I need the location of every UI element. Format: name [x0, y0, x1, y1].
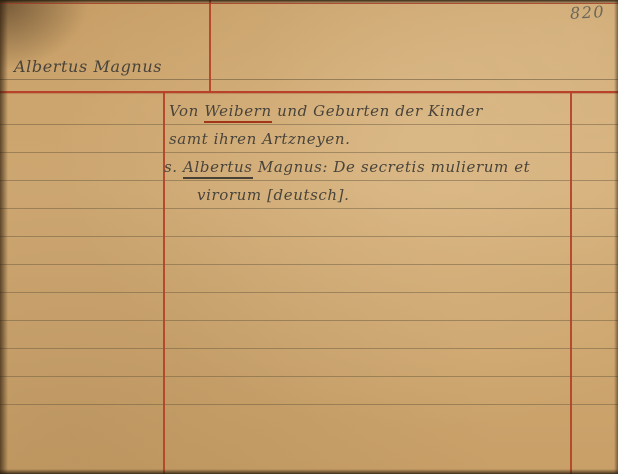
gray-rule: [0, 404, 618, 405]
red-rule-vertical-right-margin: [570, 93, 572, 474]
gray-rule: [0, 348, 618, 349]
reference-text: s.: [164, 158, 183, 176]
title-text: und Geburten der Kinder: [272, 102, 483, 120]
page-number-pencil: 820: [570, 2, 606, 23]
title-keyword-underlined-red: Weibern: [204, 102, 271, 123]
scan-edge-right: [614, 0, 618, 474]
scanned-index-card-image: 820 Albertus Magnus Von Weibern und Gebu…: [0, 0, 618, 474]
gray-rule-heading-line: [0, 79, 618, 80]
scan-edge-left: [0, 0, 8, 474]
heading-author-name: Albertus Magnus: [14, 57, 162, 76]
gray-rule: [0, 124, 618, 125]
red-rule-vertical-left-margin: [163, 92, 165, 474]
gray-rule: [0, 264, 618, 265]
reference-author-underlined: Albertus: [183, 158, 252, 179]
gray-rule: [0, 320, 618, 321]
gray-rule: [0, 208, 618, 209]
entry-title-line-2: samt ihren Artzneyen.: [169, 130, 350, 148]
title-text: Von: [169, 102, 204, 120]
red-rule-horizontal-main: [0, 91, 618, 93]
scan-edge-bottom: [0, 469, 618, 474]
reference-text: Magnus: De secretis mulierum et: [253, 158, 531, 176]
gray-rule: [0, 376, 618, 377]
gray-rule: [0, 180, 618, 181]
scan-edge-top: [0, 0, 618, 4]
gray-rule: [0, 292, 618, 293]
entry-title-line-1: Von Weibern und Geburten der Kinder: [169, 102, 483, 120]
entry-reference-line-1: s. Albertus Magnus: De secretis mulierum…: [164, 158, 530, 176]
gray-rule: [0, 152, 618, 153]
red-rule-vertical-header: [209, 0, 211, 92]
gray-rule: [0, 236, 618, 237]
entry-reference-line-2: virorum [deutsch].: [197, 186, 350, 204]
